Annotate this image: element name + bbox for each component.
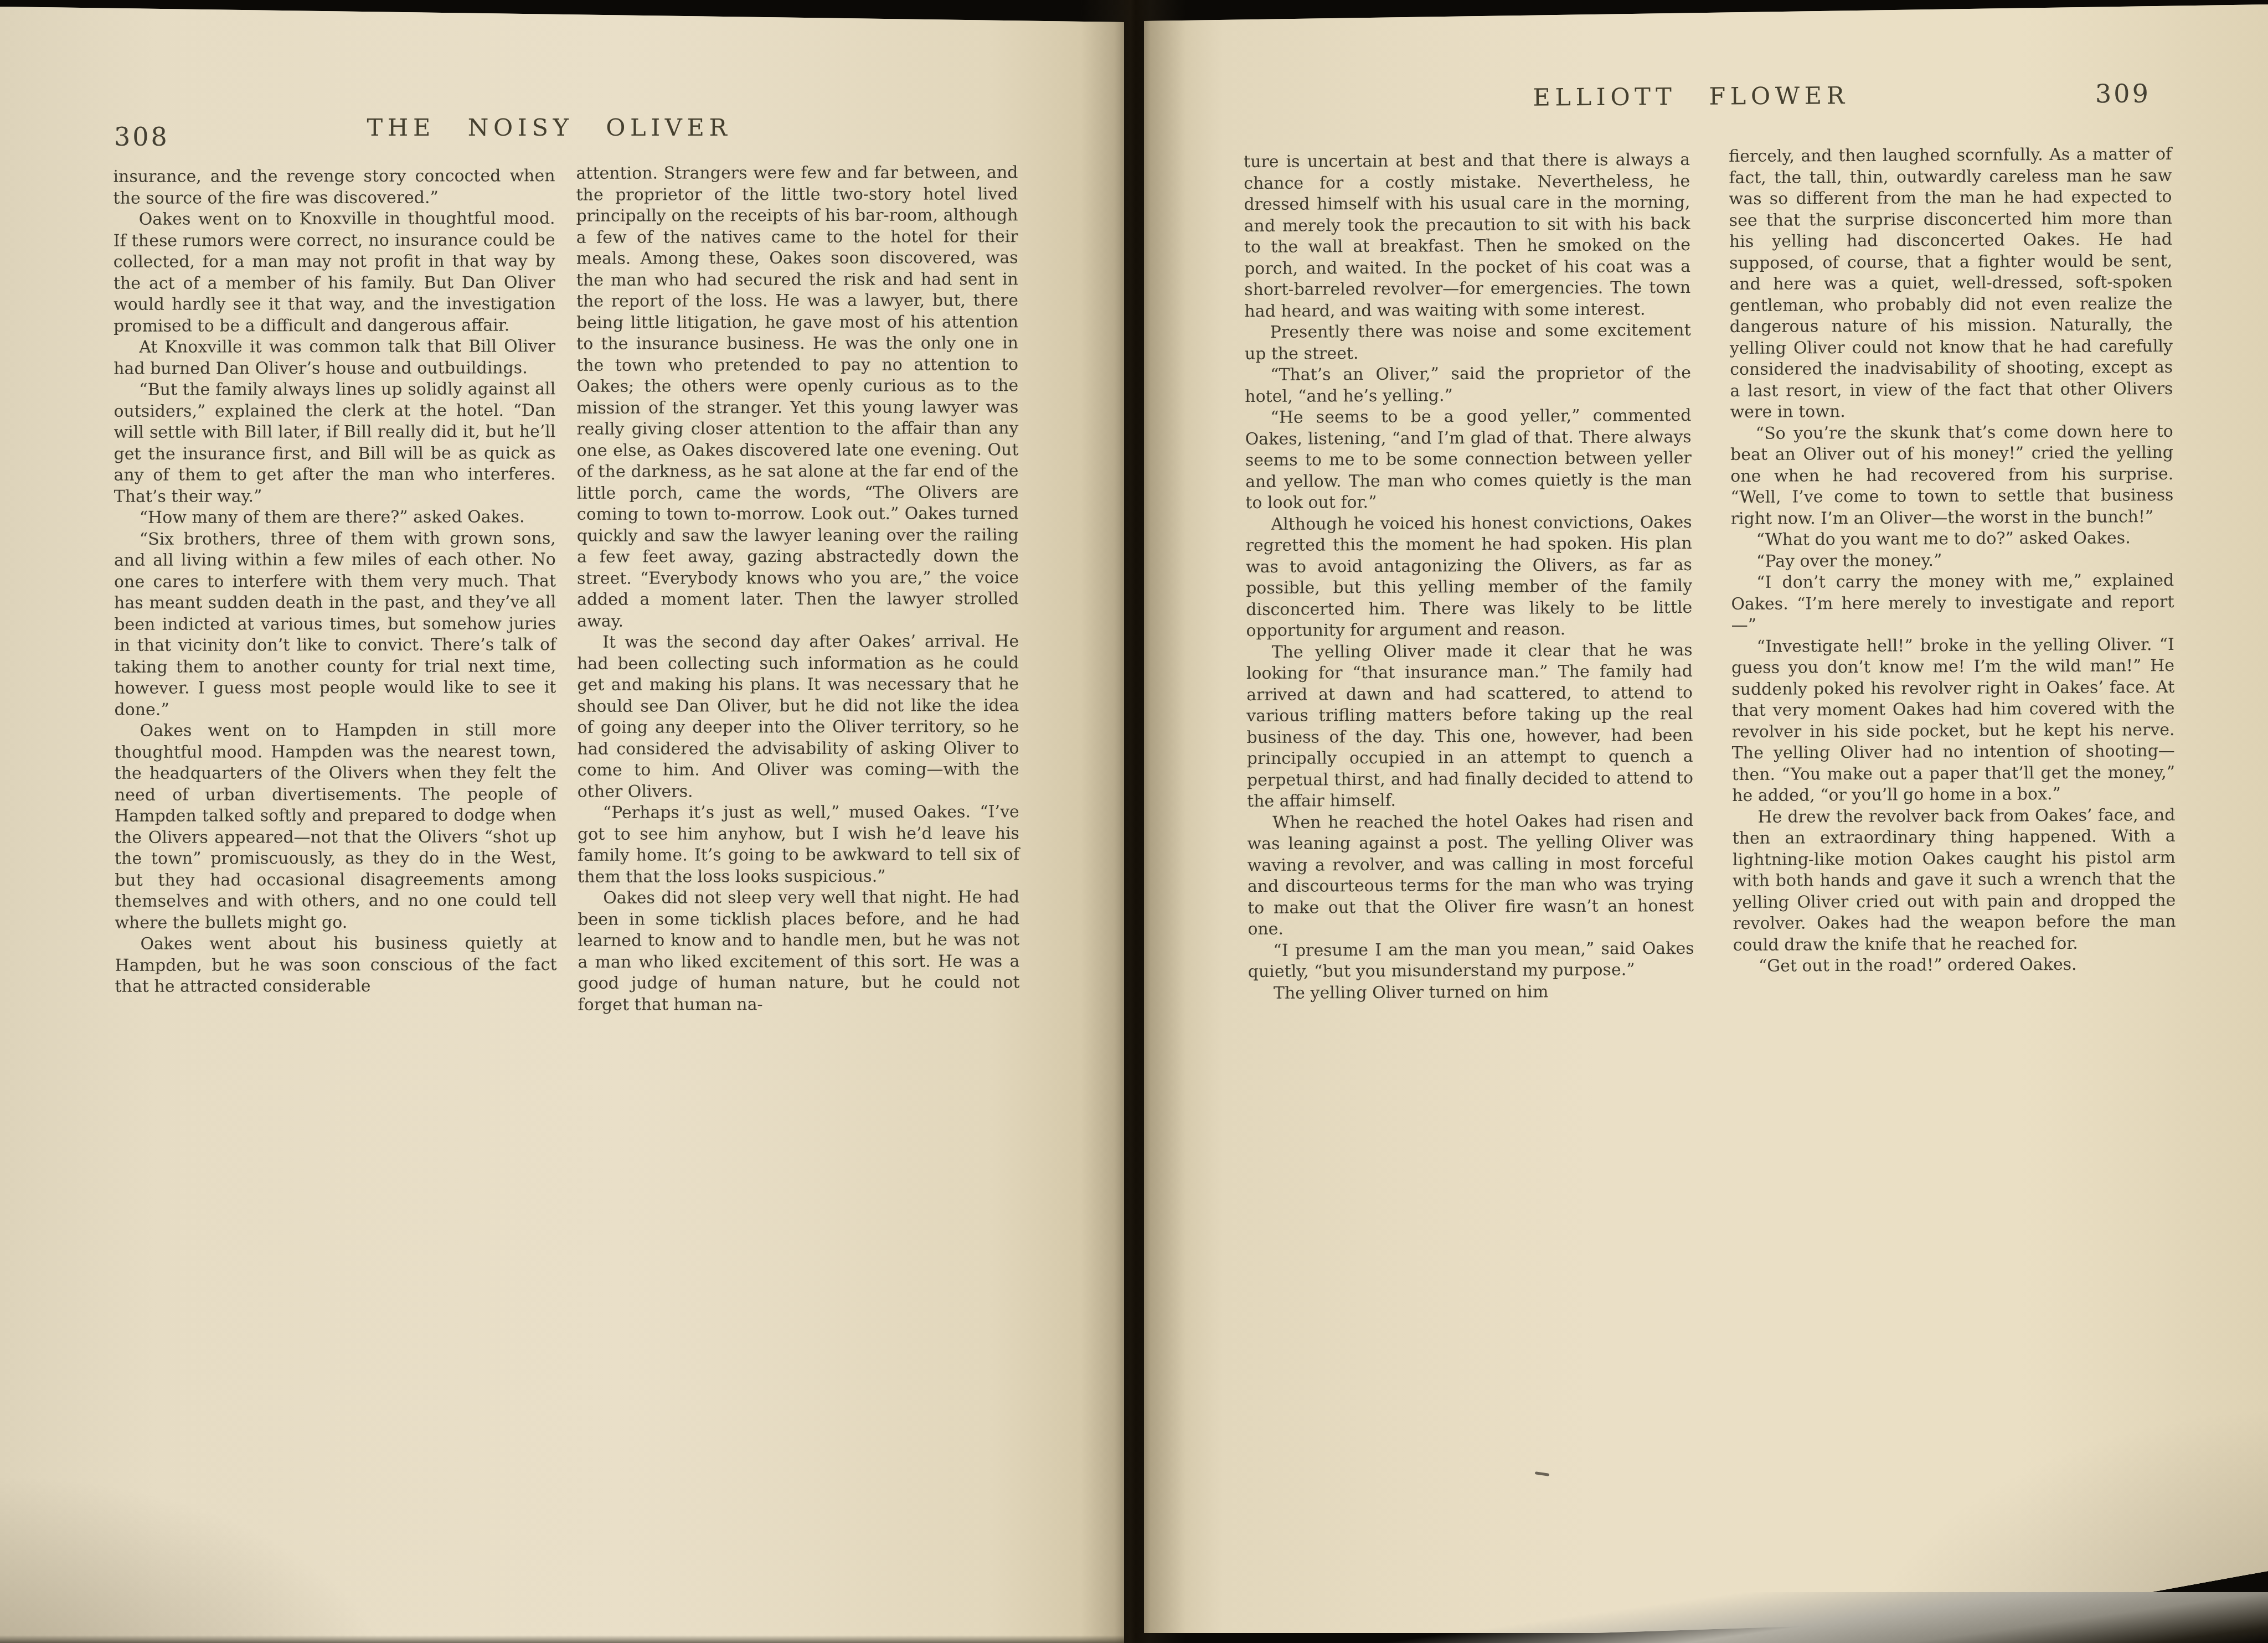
paragraph: “Perhaps it’s just as well,” mused Oakes… bbox=[578, 802, 1019, 888]
page-fore-edge bbox=[1244, 1592, 2268, 1643]
paragraph: Oakes went on to Hampden in still more t… bbox=[115, 720, 557, 934]
left-page-column-1: insurance, and the revenge story concoct… bbox=[113, 166, 556, 998]
paragraph: “That’s an Oliver,” said the proprietor … bbox=[1245, 363, 1691, 407]
paragraph: “I presume I am the man you mean,” said … bbox=[1248, 938, 1694, 983]
left-page-column-2: attention. Strangers were few and far be… bbox=[576, 162, 1019, 1016]
paragraph: “I don’t carry the money with me,” expla… bbox=[1731, 570, 2174, 637]
right-page: ELLIOTT FLOWER 309 ture is uncertain at … bbox=[1144, 0, 2268, 1633]
paragraph: “So you’re the skunk that’s come down he… bbox=[1730, 421, 2174, 530]
paragraph: “Investigate hell!” broke in the yelling… bbox=[1731, 634, 2176, 807]
right-page-column-1: ture is uncertain at best and that there… bbox=[1244, 149, 1694, 1004]
paragraph: “Six brothers, three of them with grown … bbox=[114, 528, 556, 721]
right-running-title: ELLIOTT FLOWER bbox=[1226, 80, 2156, 113]
scan-artifact-dash bbox=[1535, 1471, 1549, 1476]
paragraph: “Pay over the money.” bbox=[1731, 549, 2174, 572]
paragraph: “How many of them are there?” asked Oake… bbox=[114, 507, 556, 529]
paragraph: fiercely, and then laughed scornfully. A… bbox=[1729, 144, 2173, 423]
paragraph: attention. Strangers were few and far be… bbox=[576, 162, 1019, 632]
paragraph: Oakes went about his business quietly at… bbox=[115, 933, 556, 998]
right-page-column-2: fiercely, and then laughed scornfully. A… bbox=[1729, 144, 2176, 978]
paragraph: Oakes went on to Knoxville in thoughtful… bbox=[114, 208, 555, 337]
paragraph: insurance, and the revenge story concoct… bbox=[113, 166, 555, 209]
paragraph: “Get out in the road!” ordered Oakes. bbox=[1733, 954, 2176, 978]
paragraph: He drew the revolver back from Oakes’ fa… bbox=[1732, 804, 2176, 956]
paragraph: ture is uncertain at best and that there… bbox=[1244, 149, 1691, 322]
paragraph: “He seems to be a good yeller,” commente… bbox=[1245, 405, 1692, 514]
left-running-title: THE NOISY OLIVER bbox=[95, 114, 1003, 142]
book-spread: 308 THE NOISY OLIVER insurance, and the … bbox=[0, 0, 2268, 1643]
paragraph: Although he voiced his honest conviction… bbox=[1245, 512, 1692, 642]
paragraph: Oakes did not sleep very well that night… bbox=[578, 887, 1019, 1016]
paragraph: It was the second day after Oakes’ arriv… bbox=[577, 631, 1019, 803]
paragraph: The yelling Oliver turned on him bbox=[1248, 980, 1694, 1004]
paragraph: At Knoxville it was common talk that Bil… bbox=[114, 336, 555, 380]
paragraph: The yelling Oliver made it clear that he… bbox=[1246, 639, 1694, 812]
paragraph: “What do you want me to do?” asked Oakes… bbox=[1731, 528, 2174, 551]
right-page-number: 309 bbox=[2095, 79, 2151, 109]
paragraph: Presently there was noise and some excit… bbox=[1245, 320, 1691, 365]
paragraph: When he reached the hotel Oakes had rise… bbox=[1247, 810, 1694, 940]
paragraph: “But the family always lines up solidly … bbox=[114, 379, 555, 508]
left-page: 308 THE NOISY OLIVER insurance, and the … bbox=[0, 0, 1124, 1643]
